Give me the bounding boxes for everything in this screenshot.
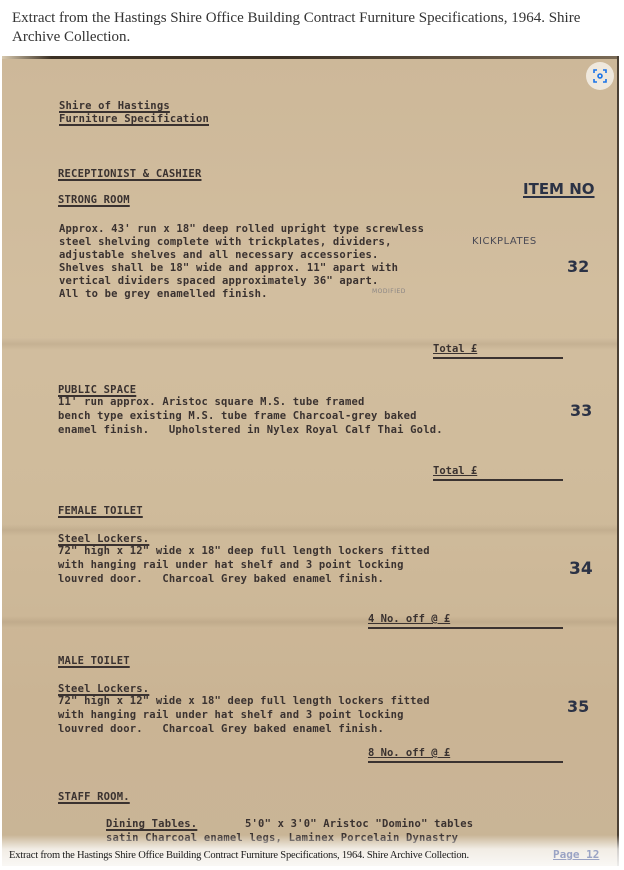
spec-line: steel shelving complete with trickplates… xyxy=(59,236,392,250)
section-heading-female-toilet: FEMALE TOILET xyxy=(58,505,143,519)
total-line-33: Total £ xyxy=(433,465,563,481)
spec-line: 5'0" x 3'0" Aristoc "Domino" tables xyxy=(245,818,473,832)
subheading-dining-tables: Dining Tables. xyxy=(106,818,197,832)
section-heading-staff-room: STAFF ROOM. xyxy=(58,791,130,805)
spec-line: Shelves shall be 18" wide and approx. 11… xyxy=(59,262,398,276)
section-heading-receptionist: RECEPTIONIST & CASHIER xyxy=(58,168,201,182)
spec-line: enamel finish. Upholstered in Nylex Roya… xyxy=(58,424,443,438)
focus-zoom-icon xyxy=(593,69,607,83)
total-line-35: 8 No. off @ £ xyxy=(368,747,563,763)
total-label: Total £ xyxy=(433,465,477,477)
figure-caption-top: Extract from the Hastings Shire Office B… xyxy=(12,9,592,47)
spec-line: with hanging rail under hat shelf and 3 … xyxy=(58,559,404,573)
doc-header-line2: Furniture Specification xyxy=(59,113,209,127)
doc-header-line1: Shire of Hastings xyxy=(59,100,170,114)
total-line-34: 4 No. off @ £ xyxy=(368,613,563,629)
spec-line: 72" high x 12" wide x 18" deep full leng… xyxy=(58,545,430,559)
total-label: 4 No. off @ £ xyxy=(368,613,450,625)
spec-line: bench type existing M.S. tube frame Char… xyxy=(58,410,417,424)
total-label: 8 No. off @ £ xyxy=(368,747,450,759)
spec-line: louvred door. Charcoal Grey baked enamel… xyxy=(58,723,384,737)
handwritten-note-modified: MODIFIED xyxy=(372,288,406,295)
zoom-image-button[interactable] xyxy=(586,62,614,90)
spec-line: All to be grey enamelled finish. xyxy=(59,288,268,302)
total-label: Total £ xyxy=(433,343,477,355)
item-number-32: 32 xyxy=(567,257,589,276)
spec-line: with hanging rail under hat shelf and 3 … xyxy=(58,709,404,723)
item-number-34: 34 xyxy=(569,559,593,579)
total-line-32: Total £ xyxy=(433,343,563,359)
item-no-heading: ITEM NO xyxy=(523,180,595,198)
spec-line: 11' run approx. Aristoc square M.S. tube… xyxy=(58,396,365,410)
handwritten-note-kickplates: KICKPLATES xyxy=(472,236,537,247)
spec-line: Approx. 43' run x 18" deep rolled uprigh… xyxy=(59,223,424,237)
spec-line: vertical dividers spaced approximately 3… xyxy=(59,275,379,289)
item-number-35: 35 xyxy=(567,697,589,716)
spec-line: 72" high x 12" wide x 18" deep full leng… xyxy=(58,695,430,709)
section-heading-male-toilet: MALE TOILET xyxy=(58,655,130,669)
figure-caption-bottom: Extract from the Hastings Shire Office B… xyxy=(9,849,569,862)
spec-line: louvred door. Charcoal Grey baked enamel… xyxy=(58,573,384,587)
item-number-33: 33 xyxy=(570,401,592,420)
spec-line: adjustable shelves and all necessary acc… xyxy=(59,249,379,263)
subheading-strong-room: STRONG ROOM xyxy=(58,194,130,208)
